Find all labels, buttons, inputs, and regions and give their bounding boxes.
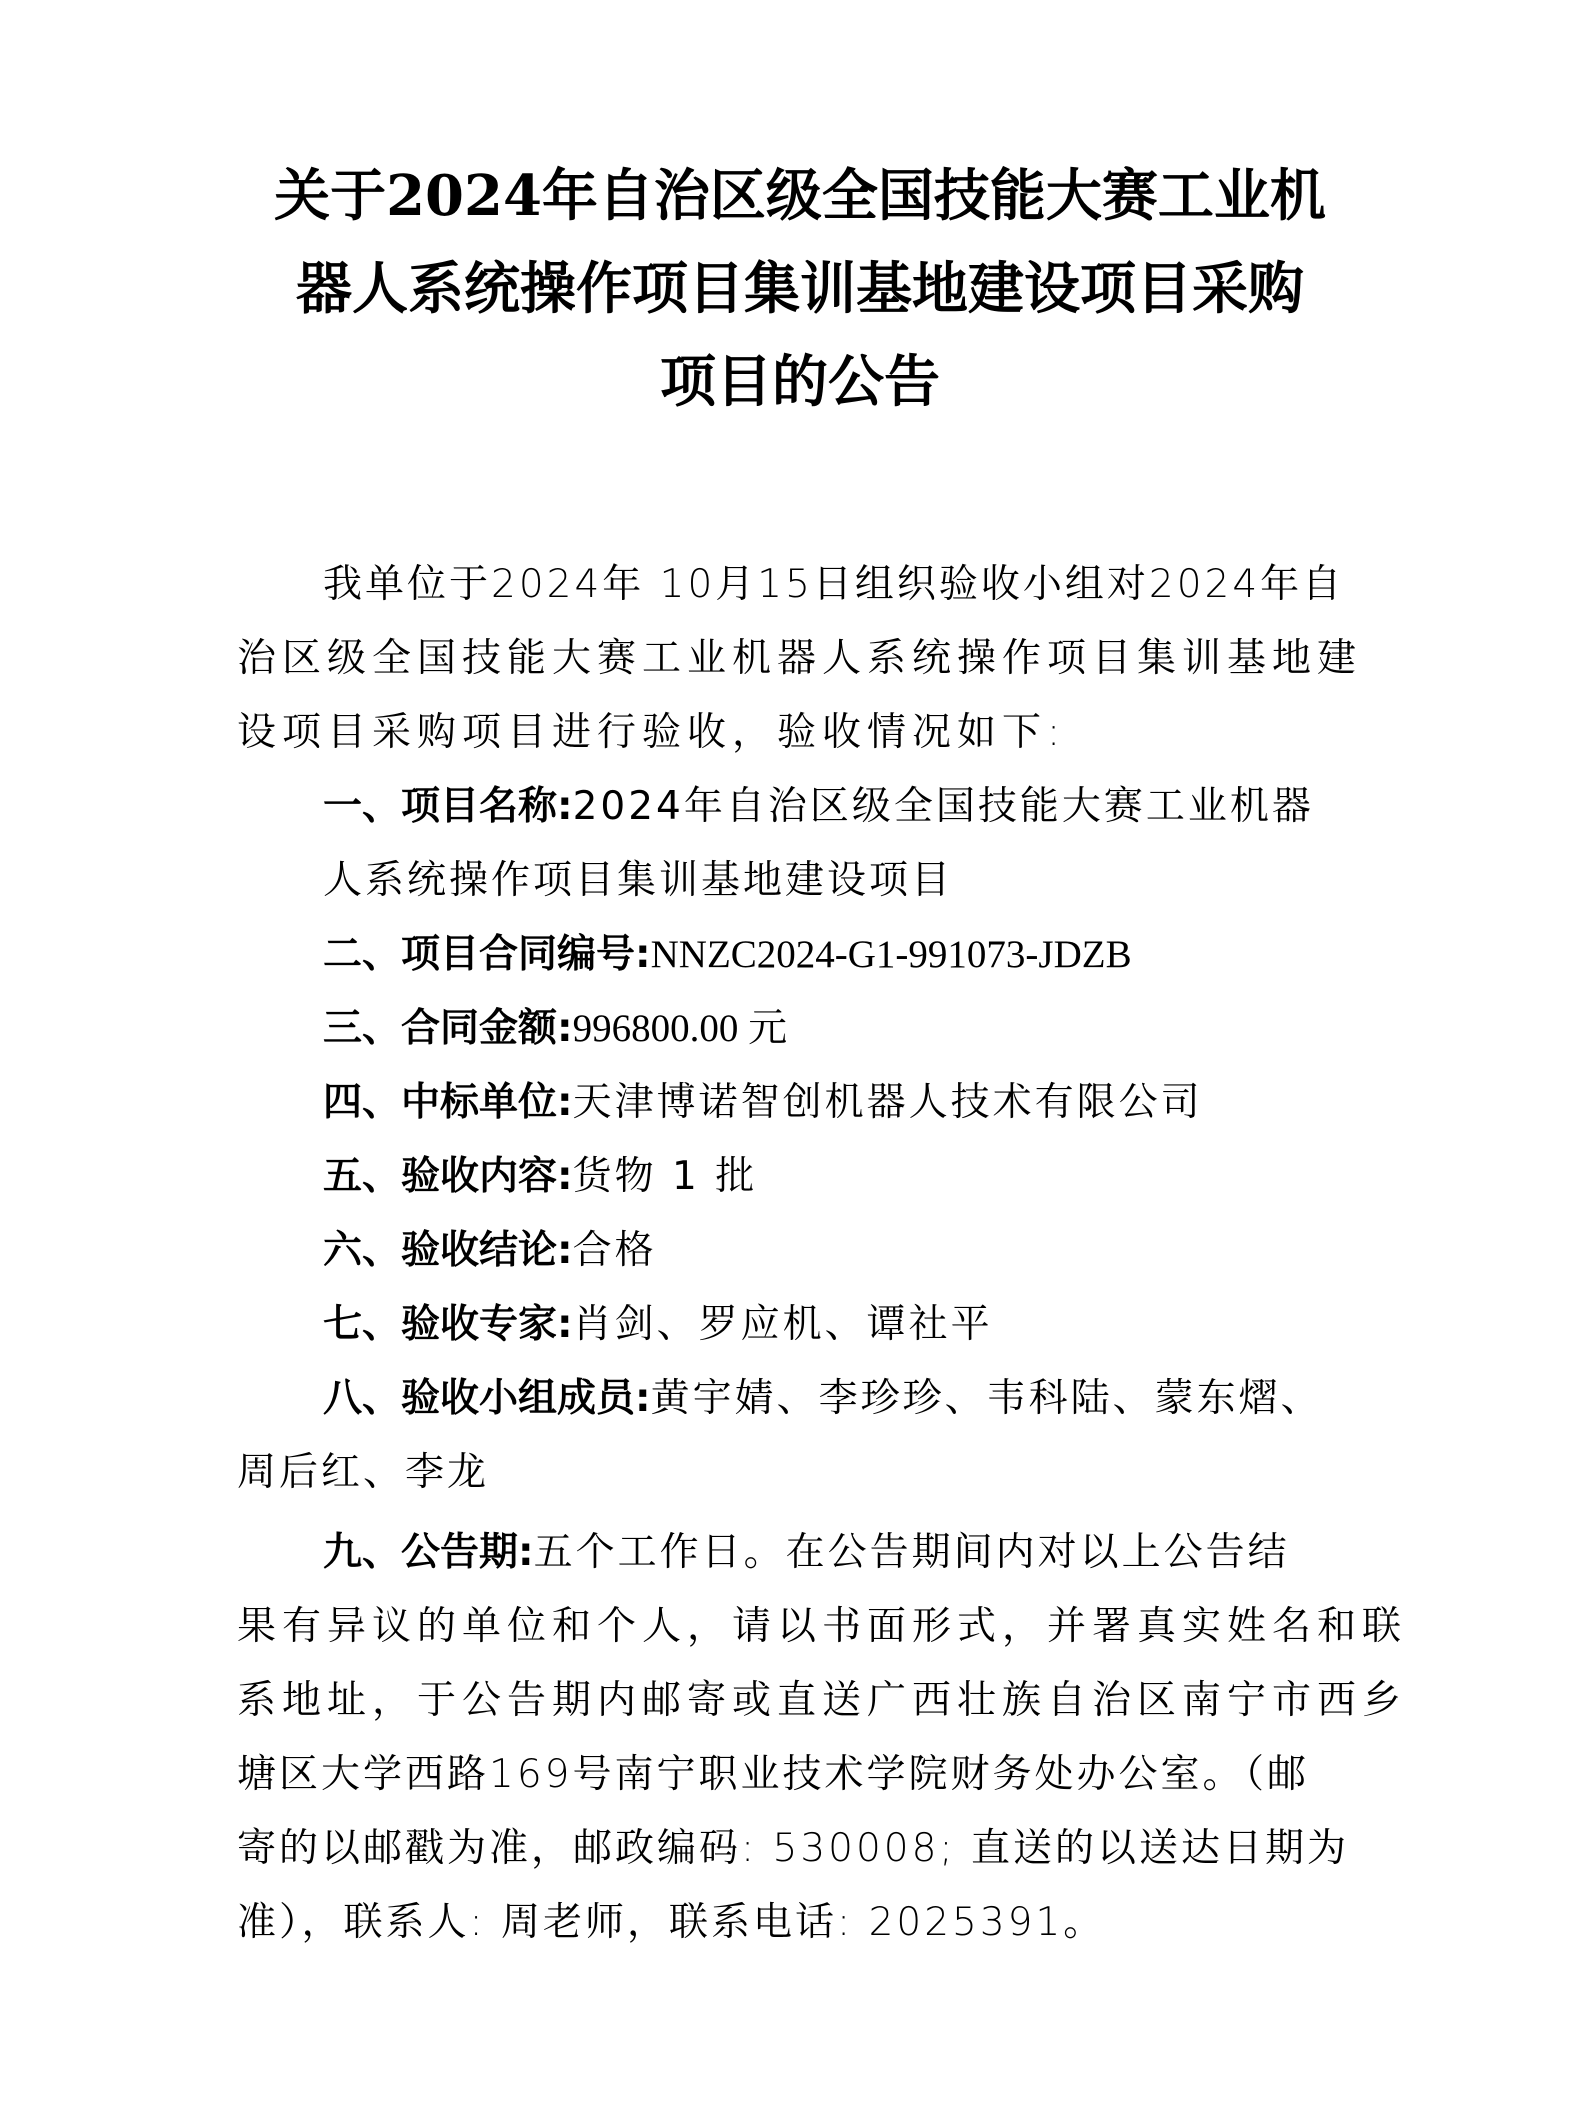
title-line-2: 器人系统操作项目集训基地建设项目采购 xyxy=(230,243,1370,336)
announcement-line-5: 寄的以邮戳为准，邮政编码: 530008; 直送的以送达日期为 xyxy=(237,1812,1367,1886)
item-value: NNZC2024-G1-991073-JDZB xyxy=(651,933,1132,976)
document-body: 我单位于2024年 10月15日组织验收小组对2024年自 治区级全国技能大赛工… xyxy=(237,548,1367,1960)
announcement-line-4: 塘区大学西路169号南宁职业技术学院财务处办公室。（邮 xyxy=(237,1738,1367,1812)
item-value: 天津博诺智创机器人技术有限公司 xyxy=(573,1080,1203,1125)
intro-line-1: 我单位于2024年 10月15日组织验收小组对2024年自 xyxy=(237,548,1367,622)
item-acceptance-content: 五、验收内容:货物 1 批 xyxy=(237,1140,1367,1214)
item-value: 2024年自治区级全国技能大赛工业机器 xyxy=(573,784,1314,829)
item-label: 四、中标单位: xyxy=(323,1080,573,1125)
item-value: 货物 1 批 xyxy=(573,1154,758,1199)
title-line-3: 项目的公告 xyxy=(230,336,1370,429)
title-line-1: 关于2024年自治区级全国技能大赛工业机 xyxy=(230,150,1370,243)
announcement-line-3: 系地址，于公告期内邮寄或直送广西壮族自治区南宁市西乡 xyxy=(237,1664,1367,1738)
item-winning-bidder: 四、中标单位:天津博诺智创机器人技术有限公司 xyxy=(237,1066,1367,1140)
document-page: 关于2024年自治区级全国技能大赛工业机 器人系统操作项目集训基地建设项目采购 … xyxy=(0,0,1587,2110)
item-announcement-period: 九、公告期:五个工作日。在公告期间内对以上公告结 xyxy=(237,1516,1367,1590)
document-title: 关于2024年自治区级全国技能大赛工业机 器人系统操作项目集训基地建设项目采购 … xyxy=(230,150,1370,429)
item-acceptance-experts: 七、验收专家:肖剑、罗应机、谭社平 xyxy=(237,1288,1367,1362)
announcement-line-2: 果有异议的单位和个人，请以书面形式，并署真实姓名和联 xyxy=(237,1590,1367,1664)
item-project-name: 一、项目名称:2024年自治区级全国技能大赛工业机器 xyxy=(237,770,1367,844)
item-contract-amount: 三、合同金额:996800.00 元 xyxy=(237,992,1367,1066)
item-team-members-cont: 周后红、李龙 xyxy=(237,1436,1367,1510)
announcement-line-6: 准），联系人: 周老师，联系电话: 2025391。 xyxy=(237,1886,1367,1960)
item-value: 黄宇婧、李珍珍、韦科陆、蒙东熠、 xyxy=(651,1376,1323,1421)
item-project-name-cont: 人系统操作项目集训基地建设项目 xyxy=(237,844,1367,918)
item-label: 八、验收小组成员: xyxy=(323,1376,651,1421)
item-value: 996800.00 元 xyxy=(573,1007,788,1050)
item-label: 二、项目合同编号: xyxy=(323,932,651,977)
item-contract-number: 二、项目合同编号:NNZC2024-G1-991073-JDZB xyxy=(237,918,1367,992)
item-acceptance-conclusion: 六、验收结论:合格 xyxy=(237,1214,1367,1288)
item-label: 一、项目名称: xyxy=(323,784,573,829)
item-value: 五个工作日。在公告期间内对以上公告结 xyxy=(534,1530,1290,1575)
item-label: 九、公告期: xyxy=(323,1530,534,1575)
intro-line-3: 设项目采购项目进行验收，验收情况如下: xyxy=(237,696,1367,770)
item-team-members: 八、验收小组成员:黄宇婧、李珍珍、韦科陆、蒙东熠、 xyxy=(237,1362,1367,1436)
item-label: 三、合同金额: xyxy=(323,1006,573,1051)
item-value: 合格 xyxy=(573,1228,657,1273)
item-label: 七、验收专家: xyxy=(323,1302,573,1347)
intro-line-2: 治区级全国技能大赛工业机器人系统操作项目集训基地建 xyxy=(237,622,1367,696)
item-value: 肖剑、罗应机、谭社平 xyxy=(573,1302,993,1347)
item-label: 六、验收结论: xyxy=(323,1228,573,1273)
item-label: 五、验收内容: xyxy=(323,1154,573,1199)
